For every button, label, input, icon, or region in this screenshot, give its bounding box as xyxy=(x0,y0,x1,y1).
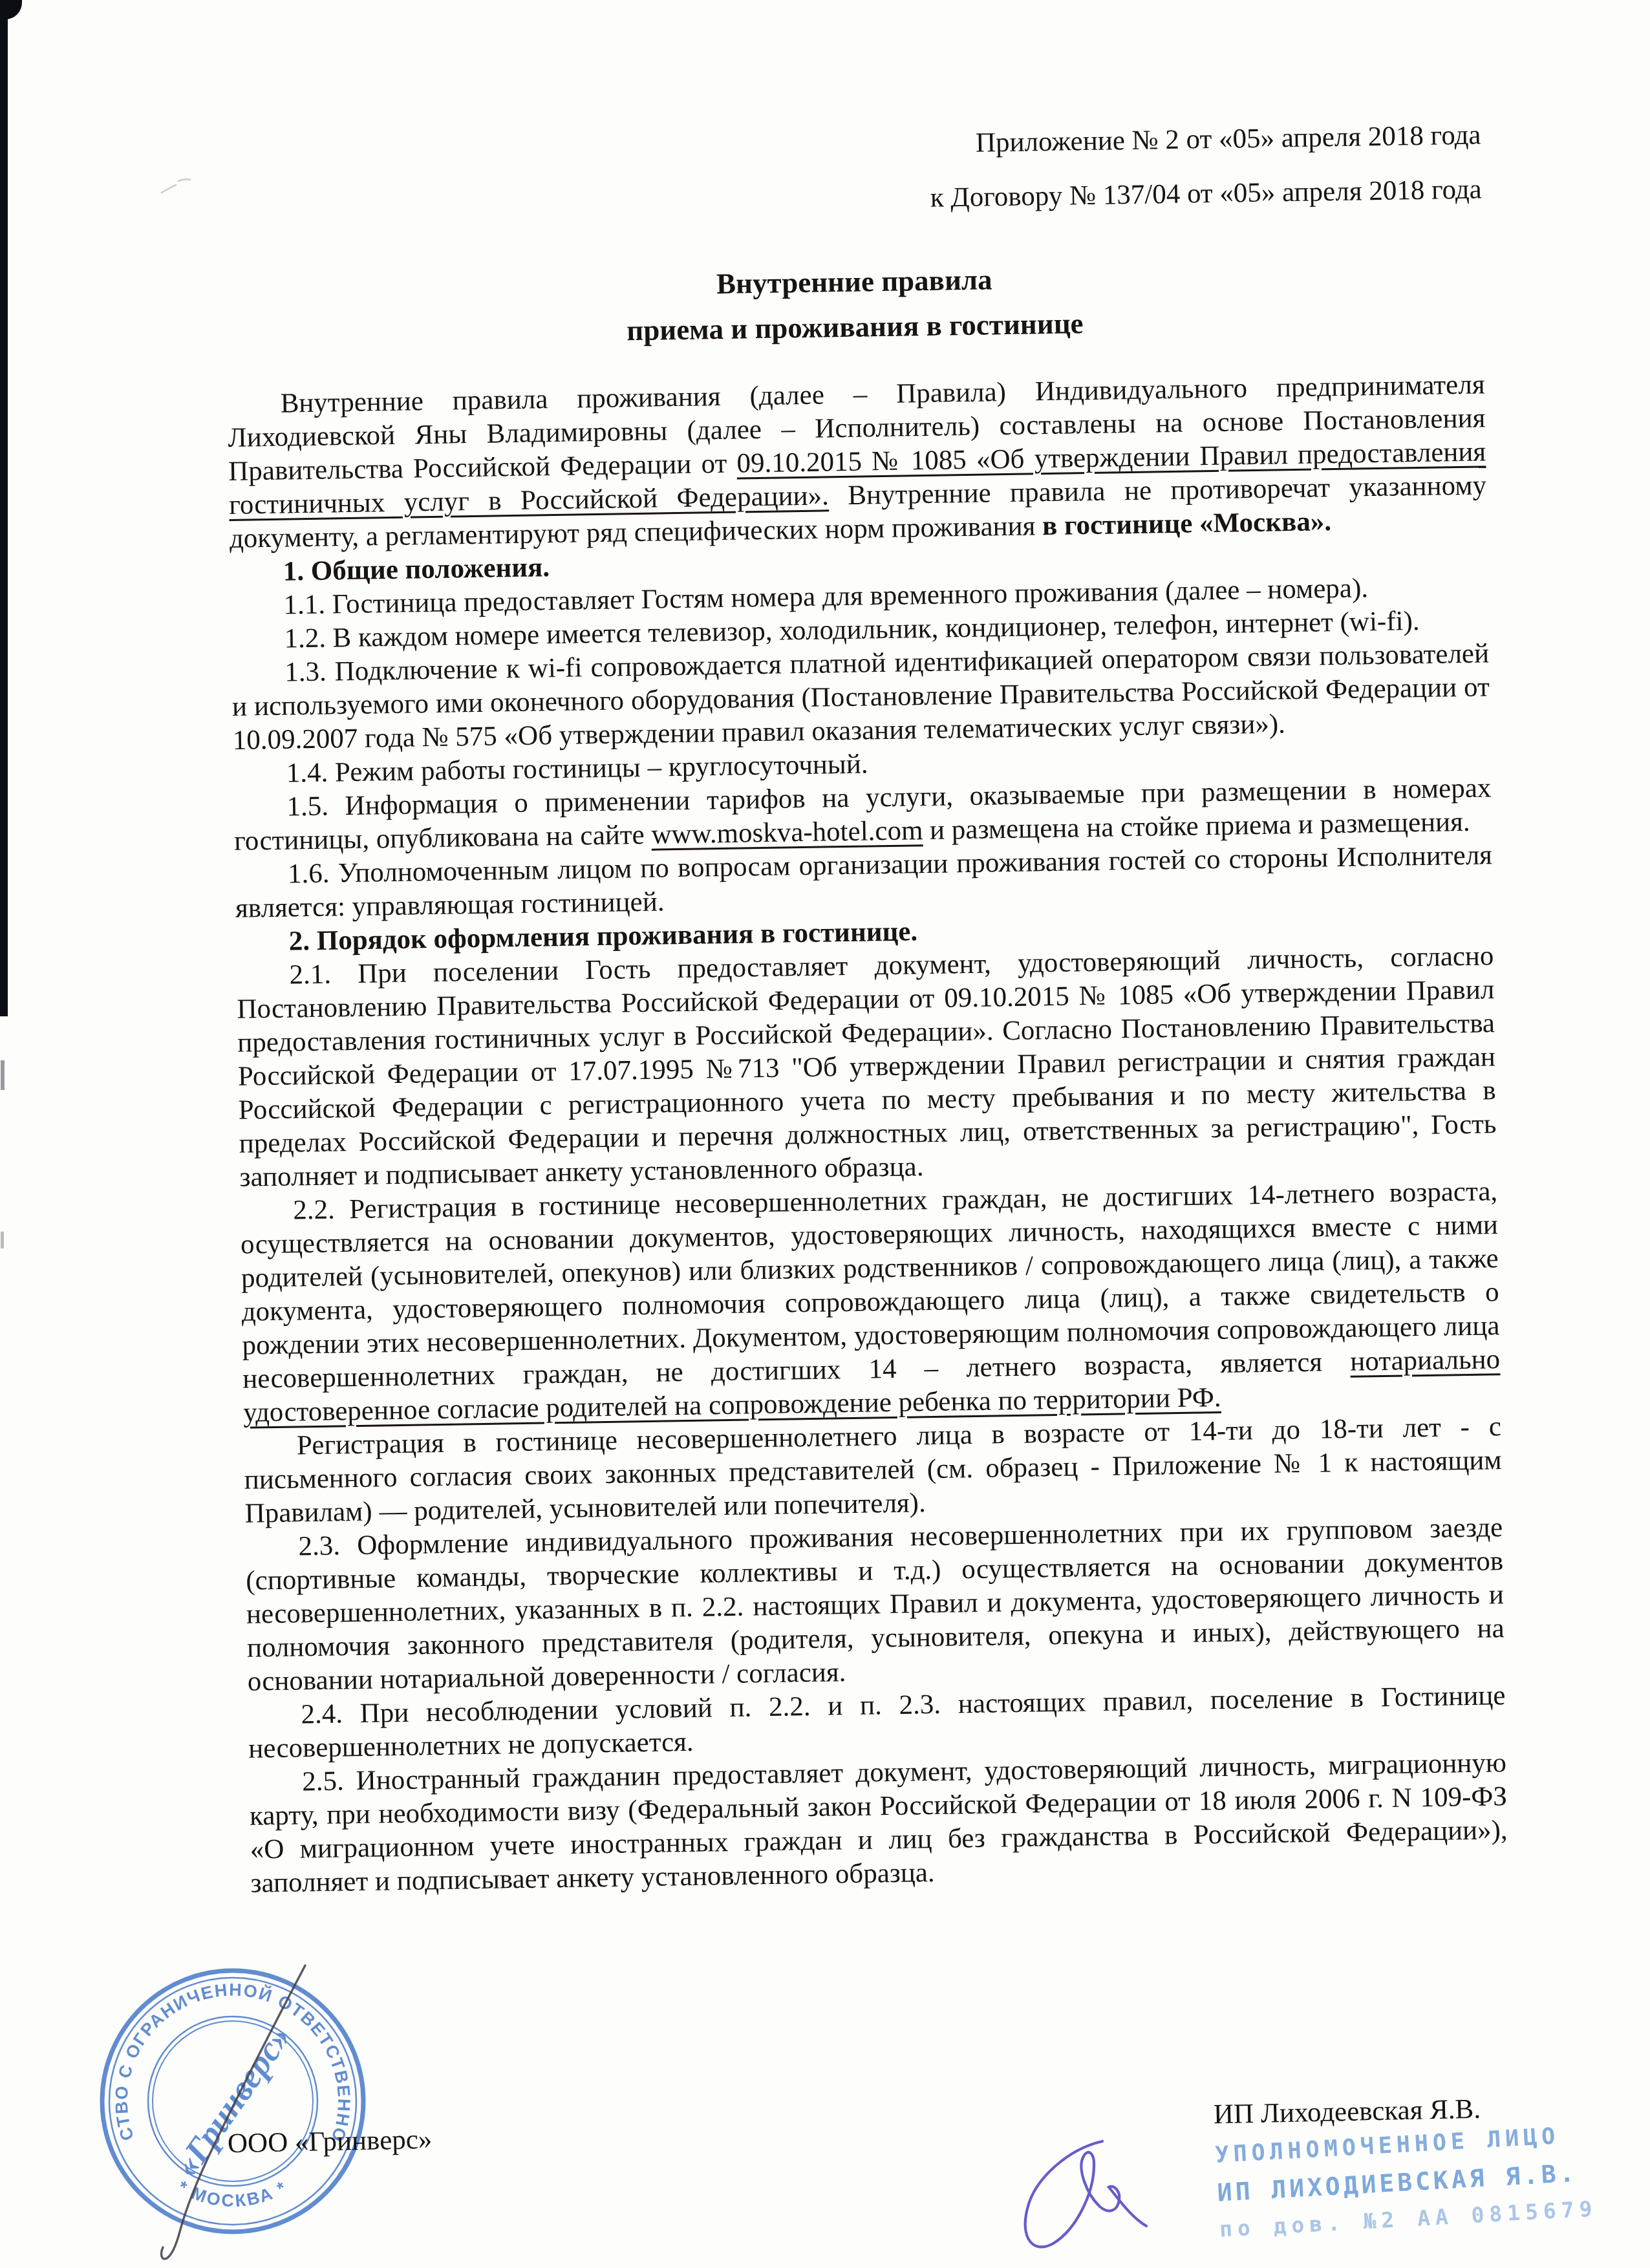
scan-edge-artifact xyxy=(0,0,8,1016)
paragraph: 2.5. Иностранный гражданин предоставляет… xyxy=(249,1746,1508,1901)
paragraph: 2.2. Регистрация в гостинице несовершенн… xyxy=(240,1175,1501,1430)
pencil-mark-artifact xyxy=(156,176,195,198)
document-body: Внутренние правила проживания (далее – П… xyxy=(227,368,1508,1900)
paragraph: 1.3. Подключение к wi-fi сопровождается … xyxy=(231,637,1490,758)
paragraph: Регистрация в гостинице несовершеннолетн… xyxy=(244,1410,1503,1531)
company-round-stamp: ОБЩЕСТВО С ОГРАНИЧЕННОЙ ОТВЕТСТВЕННОСТЬЮ… xyxy=(99,1967,367,2235)
scan-speck-artifact xyxy=(1,1060,5,1090)
scan-corner-artifact xyxy=(0,0,22,19)
signature xyxy=(1025,2141,1146,2247)
paragraph: 2.3. Оформление индивидуального проживан… xyxy=(245,1511,1505,1699)
scanned-document-page: Приложение № 2 от «05» апреля 2018 года … xyxy=(0,0,1650,2268)
document-title: Внутренние правила приема и проживания в… xyxy=(225,249,1484,359)
appendix-header: Приложение № 2 от «05» апреля 2018 года … xyxy=(223,108,1482,237)
scan-speck-artifact xyxy=(1,1232,4,1248)
authorized-person-stamp: УПОЛНОМОЧЕННОЕ ЛИЦО ИП ЛИХОДИЕВСКАЯ Я.В.… xyxy=(1214,2113,1634,2247)
stamp-center-text: «Гринверс» xyxy=(167,2018,299,2184)
document-content: Приложение № 2 от «05» апреля 2018 года … xyxy=(223,108,1508,1900)
paragraph: Внутренние правила проживания (далее – П… xyxy=(227,368,1487,556)
paragraph: 2.1. При поселении Гость предоставляет д… xyxy=(236,939,1497,1195)
